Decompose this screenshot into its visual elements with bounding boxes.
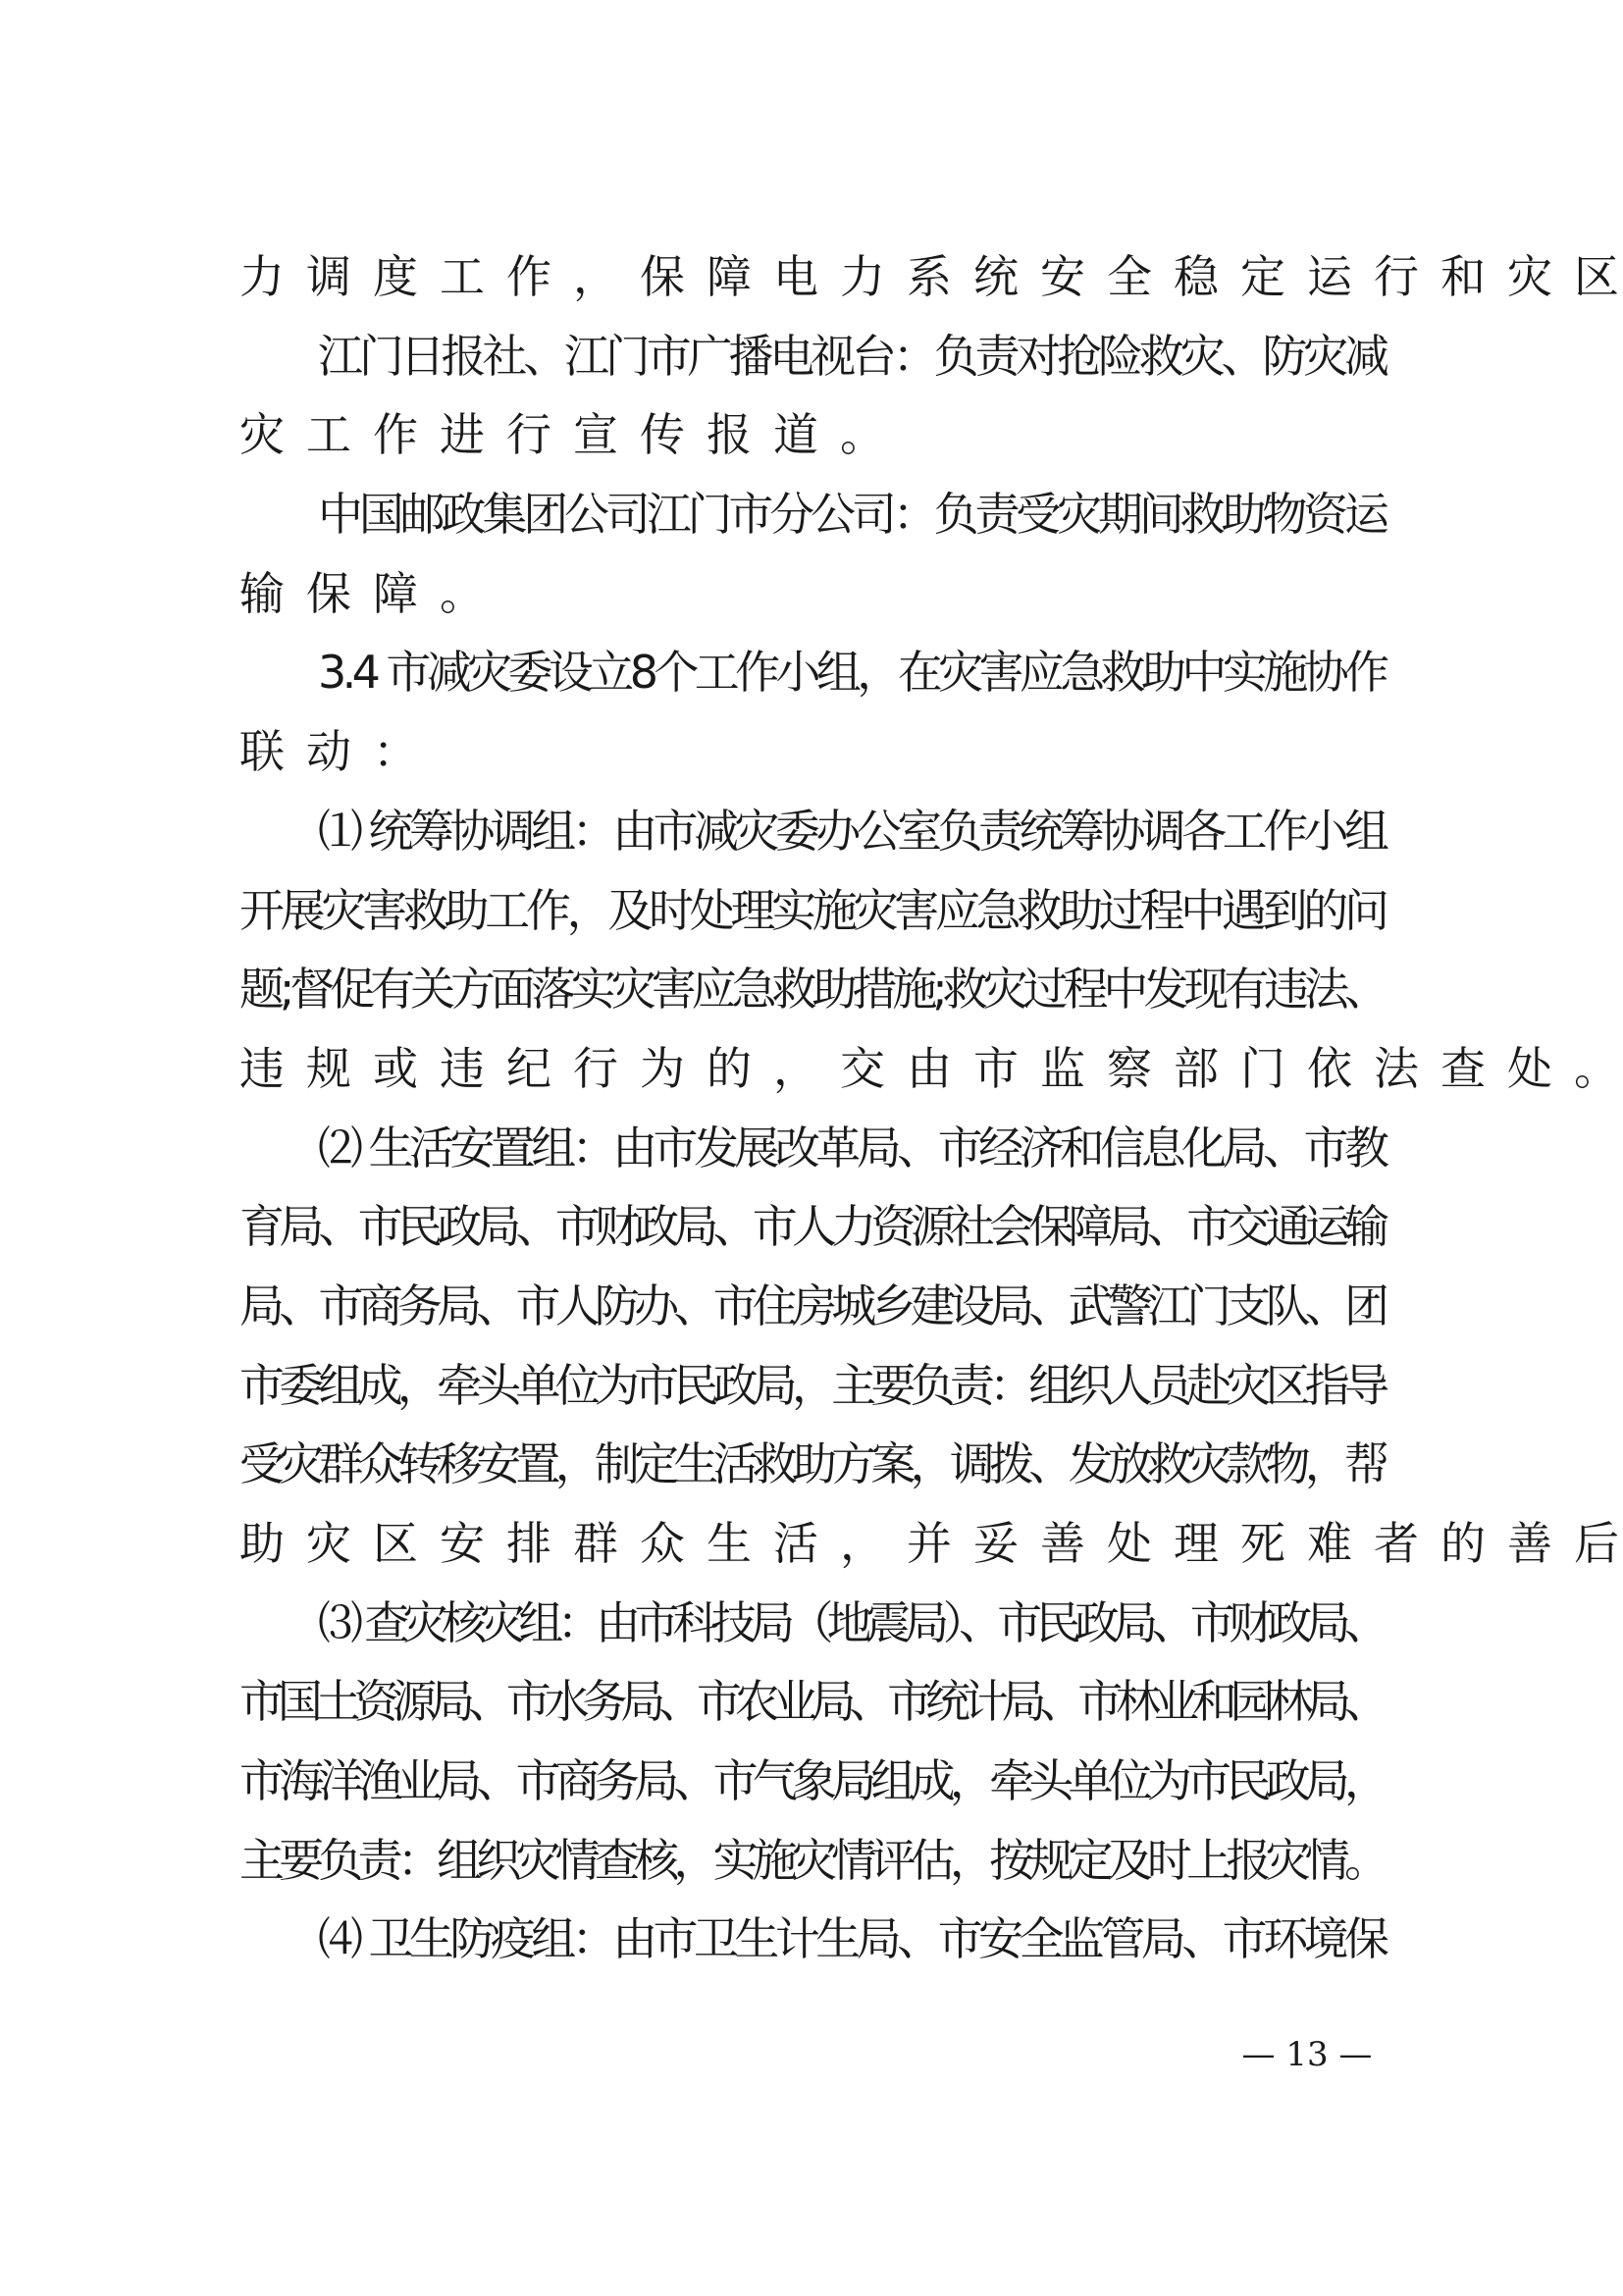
text-line: 输保障。 [239, 564, 1389, 644]
list-item-line: ⑷ 卫生防疫组：由市卫生计生局、市安全监管局、市环境保 [239, 1909, 1389, 1989]
text-line: 局、市商务局、市人防办、市住房城乡建设局、武警江门支队、团 [239, 1277, 1389, 1356]
text-line: 开展灾害救助工作，及时处理实施灾害应急救助过程中遇到的问 [239, 881, 1389, 961]
text-line: 违规或违纪行为的，交由市监察部门依法查处。 [239, 1039, 1389, 1119]
text-line: 主要负责：组织灾情查核，实施灾情评估，按规定及时上报灾情。 [239, 1831, 1389, 1910]
text-line: 力调度工作，保障电力系统安全稳定运行和灾区电力供应。 [239, 247, 1389, 327]
list-item-line: ⑵ 生活安置组：由市发展改革局、市经济和信息化局、市教 [239, 1119, 1389, 1198]
body-text: 力调度工作，保障电力系统安全稳定运行和灾区电力供应。 江门日报社、江门市广播电视… [239, 247, 1389, 1989]
text-line: 灾工作进行宣传报道。 [239, 405, 1389, 485]
list-item-line: ⑶ 查灾核灾组：由市科技局（地震局）、市民政局、市财政局、 [239, 1593, 1389, 1673]
text-line: 市国土资源局、市水务局、市农业局、市统计局、市林业和园林局、 [239, 1672, 1389, 1751]
text-line: 题;督促有关方面落实灾害应急救助措施;救灾过程中发现有违法、 [239, 960, 1389, 1039]
text-line: 助灾区安排群众生活，并妥善处理死难者的善后事宜。 [239, 1514, 1389, 1593]
text-line: 江门日报社、江门市广播电视台：负责对抢险救灾、防灾减 [239, 327, 1389, 406]
text-line: 受灾群众转移安置，制定生活救助方案，调拨、发放救灾款物，帮 [239, 1435, 1389, 1514]
page-number: — 13 — [1238, 2035, 1376, 2074]
section-heading-line: 3.4 市减灾委设立8个工作小组，在灾害应急救助中实施协作 [239, 643, 1389, 722]
text-line: 市海洋渔业局、市商务局、市气象局组成，牵头单位为市民政局， [239, 1751, 1389, 1831]
text-line: 市委组成，牵头单位为市民政局，主要负责：组织人员赴灾区指导 [239, 1356, 1389, 1435]
document-page: 力调度工作，保障电力系统安全稳定运行和灾区电力供应。 江门日报社、江门市广播电视… [0, 0, 1623, 2296]
text-line: 联动： [239, 722, 1389, 802]
text-line: 育局、市民政局、市财政局、市人力资源社会保障局、市交通运输 [239, 1197, 1389, 1277]
text-line: 中国邮政集团公司江门市分公司：负责受灾期间救助物资运 [239, 485, 1389, 564]
list-item-line: ⑴ 统筹协调组：由市减灾委办公室负责统筹协调各工作小组 [239, 802, 1389, 881]
